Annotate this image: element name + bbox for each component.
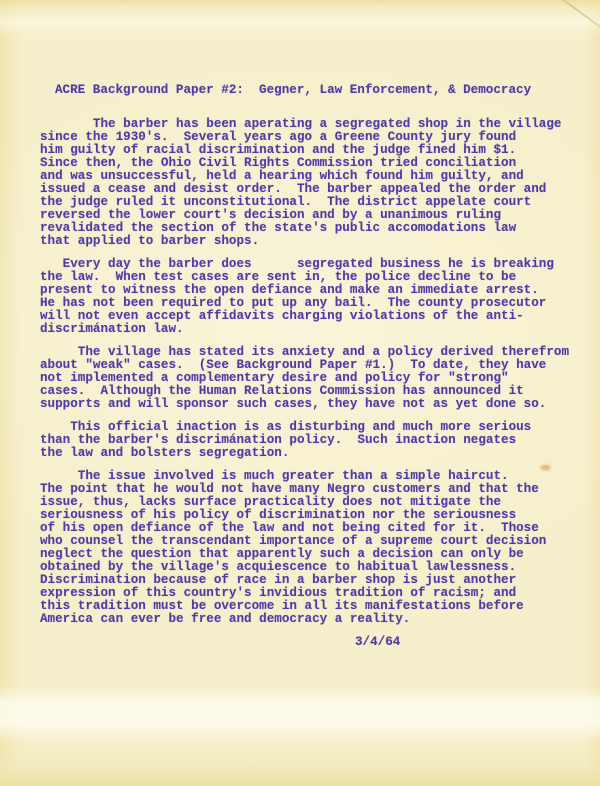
paragraph-5: The issue involved is much greater than … bbox=[40, 470, 580, 626]
paragraph-1: The barber has been aperating a segregat… bbox=[40, 118, 580, 248]
scan-light-band-top bbox=[0, 10, 600, 36]
date-line: 3/4/64 bbox=[355, 636, 580, 649]
paragraph-3: The village has stated its anxiety and a… bbox=[40, 346, 580, 411]
paragraph-2: Every day the barber does segregated bus… bbox=[40, 258, 580, 336]
document-title: ACRE Background Paper #2: Gegner, Law En… bbox=[55, 84, 580, 97]
typewritten-text: ACRE Background Paper #2: Gegner, Law En… bbox=[40, 84, 580, 649]
scan-light-band bbox=[0, 686, 600, 742]
paragraph-4: This official inaction is as disturbing … bbox=[40, 421, 580, 460]
corner-crease bbox=[546, 0, 600, 42]
document-page: ACRE Background Paper #2: Gegner, Law En… bbox=[0, 0, 600, 786]
